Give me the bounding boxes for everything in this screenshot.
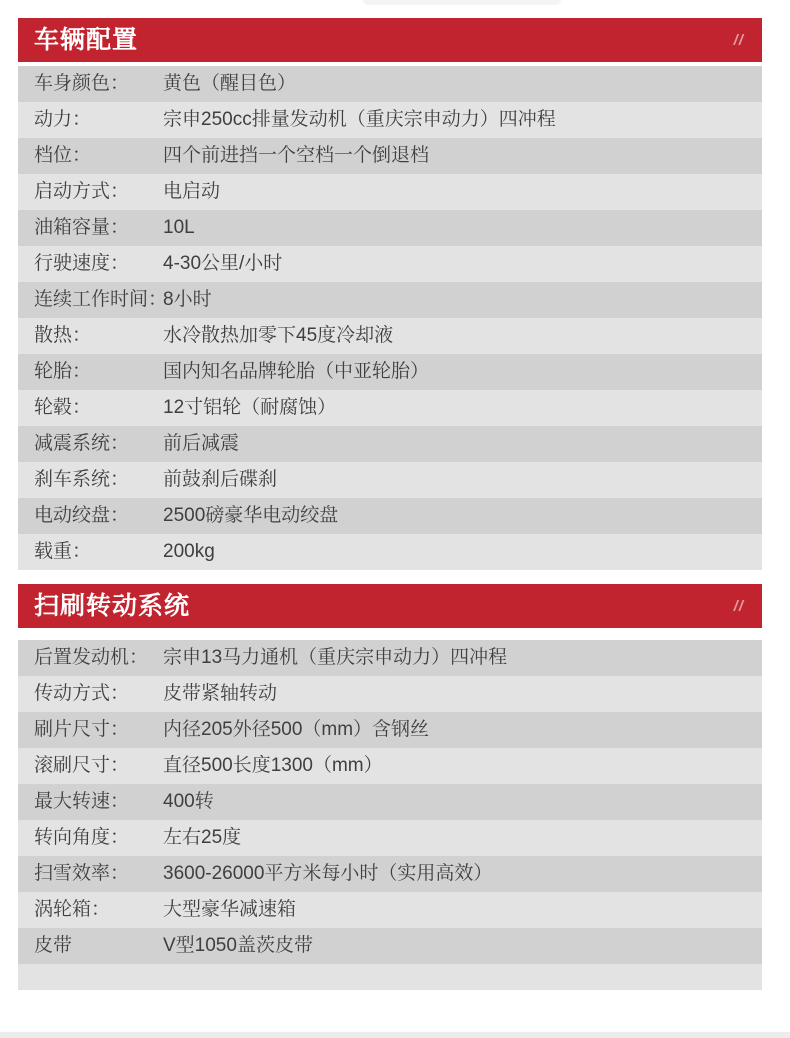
spec-row: 车身颜色：黄色（醒目色） <box>18 66 762 102</box>
spec-label: 刷片尺寸： <box>18 712 163 748</box>
section-header: 扫刷转动系统 // <box>18 584 762 628</box>
spec-label: 轮毂： <box>18 390 163 426</box>
spec-row: 行驶速度：4-30公里/小时 <box>18 246 762 282</box>
spec-row: 动力：宗申250cc排量发动机（重庆宗申动力）四冲程 <box>18 102 762 138</box>
spec-value: 4-30公里/小时 <box>163 246 762 282</box>
spec-value: V型1050盖茨皮带 <box>163 928 762 964</box>
spec-row: 启动方式：电启动 <box>18 174 762 210</box>
spec-label: 后置发动机： <box>18 640 163 676</box>
spec-label: 行驶速度： <box>18 246 163 282</box>
spec-label: 刹车系统： <box>18 462 163 498</box>
spec-label: 最大转速： <box>18 784 163 820</box>
spec-value: 10L <box>163 210 762 246</box>
spec-label: 连续工作时间： <box>18 282 163 318</box>
spec-value: 直径500长度1300（mm） <box>163 748 762 784</box>
spec-label: 载重： <box>18 534 163 570</box>
spec-label: 传动方式： <box>18 676 163 712</box>
spec-row: 刹车系统：前鼓刹后碟刹 <box>18 462 762 498</box>
spec-label: 转向角度： <box>18 820 163 856</box>
spec-label: 皮带 <box>18 928 163 964</box>
spec-label: 扫雪效率： <box>18 856 163 892</box>
spec-row: 散热：水冷散热加零下45度冷却液 <box>18 318 762 354</box>
spec-row: 载重：200kg <box>18 534 762 570</box>
spec-value: 2500磅豪华电动绞盘 <box>163 498 762 534</box>
spec-value: 8小时 <box>163 282 762 318</box>
spec-sheet-page: 车辆配置 // 车身颜色：黄色（醒目色）动力：宗申250cc排量发动机（重庆宗申… <box>0 0 790 1038</box>
spec-value: 水冷散热加零下45度冷却液 <box>163 318 762 354</box>
spec-row: 皮带V型1050盖茨皮带 <box>18 928 762 964</box>
spec-label: 轮胎： <box>18 354 163 390</box>
spec-label: 散热： <box>18 318 163 354</box>
spec-row: 档位：四个前进挡一个空档一个倒退档 <box>18 138 762 174</box>
spec-row: 后置发动机：宗申13马力通机（重庆宗申动力）四冲程 <box>18 640 762 676</box>
spec-row: 电动绞盘：2500磅豪华电动绞盘 <box>18 498 762 534</box>
spec-value: 200kg <box>163 534 762 570</box>
spec-value: 3600-26000平方米每小时（实用高效） <box>163 856 762 892</box>
spec-label: 电动绞盘： <box>18 498 163 534</box>
section-brush-rotation-system: 扫刷转动系统 // 后置发动机：宗申13马力通机（重庆宗申动力）四冲程传动方式：… <box>18 584 762 990</box>
bottom-edge-strip <box>0 1032 790 1038</box>
spec-rows: 车身颜色：黄色（醒目色）动力：宗申250cc排量发动机（重庆宗申动力）四冲程档位… <box>18 66 762 570</box>
spec-value: 四个前进挡一个空档一个倒退档 <box>163 138 762 174</box>
spec-row: 连续工作时间：8小时 <box>18 282 762 318</box>
spec-content: 车辆配置 // 车身颜色：黄色（醒目色）动力：宗申250cc排量发动机（重庆宗申… <box>18 18 762 990</box>
spec-label: 滚刷尺寸： <box>18 748 163 784</box>
spec-row: 刷片尺寸：内径205外径500（mm）含钢丝 <box>18 712 762 748</box>
spec-value: 12寸铝轮（耐腐蚀） <box>163 390 762 426</box>
spec-value: 大型豪华减速箱 <box>163 892 762 928</box>
spec-value: 宗申13马力通机（重庆宗申动力）四冲程 <box>163 640 762 676</box>
spec-value: 电启动 <box>163 174 762 210</box>
spec-value: 黄色（醒目色） <box>163 66 762 102</box>
section-title: 扫刷转动系统 <box>34 584 190 628</box>
spec-row: 涡轮箱：大型豪华减速箱 <box>18 892 762 928</box>
spec-value: 左右25度 <box>163 820 762 856</box>
section-header: 车辆配置 // <box>18 18 762 62</box>
cropped-element-remnant <box>363 0 561 5</box>
spec-value: 内径205外径500（mm）含钢丝 <box>163 712 762 748</box>
spec-row: 油箱容量：10L <box>18 210 762 246</box>
section-title: 车辆配置 <box>34 18 138 62</box>
spec-rows: 后置发动机：宗申13马力通机（重庆宗申动力）四冲程传动方式：皮带紧轴转动刷片尺寸… <box>18 640 762 990</box>
double-slash-decoration: // <box>734 32 746 49</box>
spec-label: 启动方式： <box>18 174 163 210</box>
spec-value: 前鼓刹后碟刹 <box>163 462 762 498</box>
spec-label: 档位： <box>18 138 163 174</box>
spec-row: 轮毂：12寸铝轮（耐腐蚀） <box>18 390 762 426</box>
spec-row: 传动方式：皮带紧轴转动 <box>18 676 762 712</box>
double-slash-decoration: // <box>734 598 746 615</box>
spec-row: 转向角度：左右25度 <box>18 820 762 856</box>
spec-row: 最大转速：400转 <box>18 784 762 820</box>
section-vehicle-config: 车辆配置 // 车身颜色：黄色（醒目色）动力：宗申250cc排量发动机（重庆宗申… <box>18 18 762 570</box>
spec-value: 皮带紧轴转动 <box>163 676 762 712</box>
spec-row: 减震系统：前后减震 <box>18 426 762 462</box>
spec-value: 400转 <box>163 784 762 820</box>
spec-value: 国内知名品牌轮胎（中亚轮胎） <box>163 354 762 390</box>
spec-label: 油箱容量： <box>18 210 163 246</box>
spec-value: 前后减震 <box>163 426 762 462</box>
spec-row: 扫雪效率：3600-26000平方米每小时（实用高效） <box>18 856 762 892</box>
spec-label: 涡轮箱： <box>18 892 163 928</box>
spec-row: 轮胎：国内知名品牌轮胎（中亚轮胎） <box>18 354 762 390</box>
spec-row: 滚刷尺寸：直径500长度1300（mm） <box>18 748 762 784</box>
spec-label: 减震系统： <box>18 426 163 462</box>
spec-label: 车身颜色： <box>18 66 163 102</box>
spec-label: 动力： <box>18 102 163 138</box>
spec-value: 宗申250cc排量发动机（重庆宗申动力）四冲程 <box>163 102 762 138</box>
